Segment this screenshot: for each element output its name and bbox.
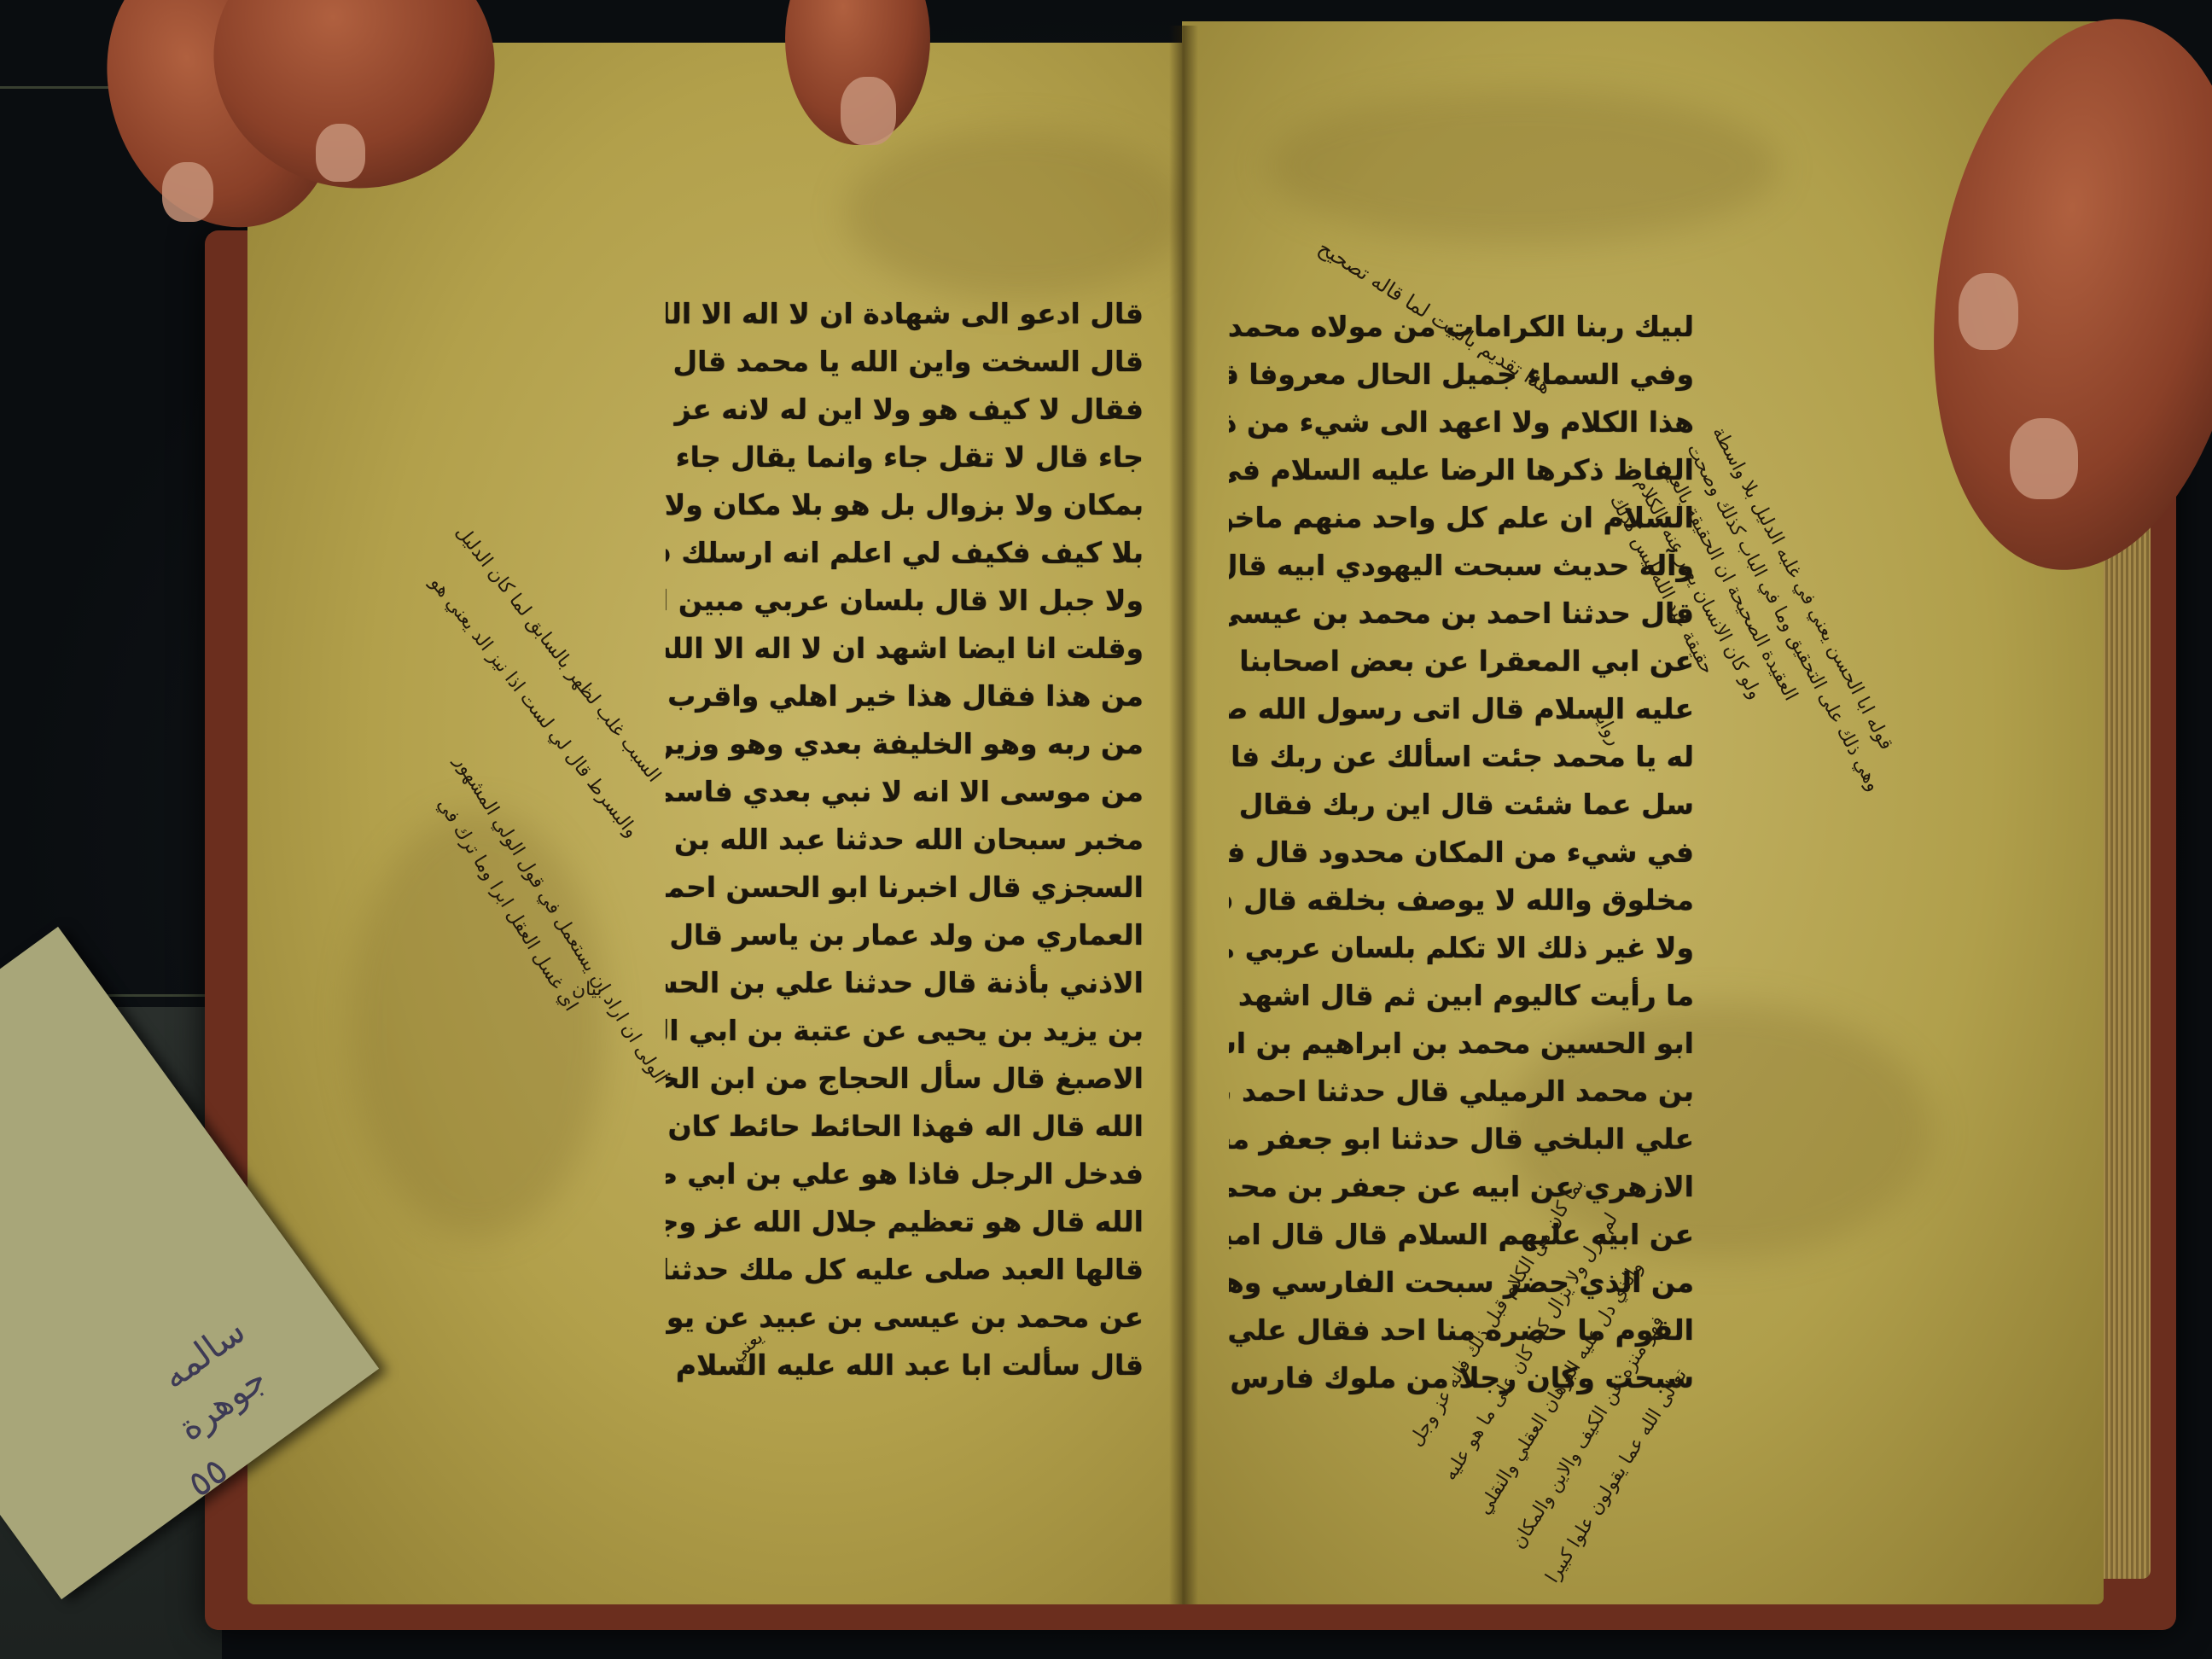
text-line: ولا غير ذلك الا تكلم بلسان عربي مبين يا … xyxy=(1229,924,1694,972)
text-line: وقلت انا ايضا اشهد ان لا اله الا الله وا… xyxy=(666,625,1144,672)
text-line: فقال لا كيف هو ولا اين له لانه عز وجل كي… xyxy=(666,386,1144,434)
text-line: ما رأيت كاليوم ابين ثم قال اشهد ان لا ال… xyxy=(1229,972,1694,1020)
text-line: العماري من ولد عمار بن ياسر قال حدثنا اب… xyxy=(666,911,1144,959)
text-line: وفي السماء جميل الحال معروفا قال الحقيقة… xyxy=(1229,351,1694,399)
text-line: وآله حديث سبحت اليهودي ابيه قال حدثنا سع… xyxy=(1229,542,1694,590)
thumbnail xyxy=(841,77,896,145)
text-line: بلا كيف فكيف لي اعلم انه ارسلك فلم يبق ب… xyxy=(666,529,1144,577)
text-line: علي البلخي قال حدثنا ابو جعفر محمد بن عل… xyxy=(1229,1115,1694,1163)
text-line: مخلوق والله لا يوصف بخلقه قال فمن يعلم ا… xyxy=(1229,876,1694,924)
text-line: قال ادعو الى شهادة ان لا اله الا الله وح… xyxy=(666,290,1144,338)
text-line: من موسى الا انه لا نبي بعدي فاسمعوا له و… xyxy=(666,768,1144,816)
text-line: لبيك ربنا الكرامات من مولاه محمد فيا احب… xyxy=(1229,303,1694,351)
text-line: فدخل الرجل فاذا هو علي بن ابي طالب عليه … xyxy=(666,1150,1144,1198)
fingernail xyxy=(2010,418,2078,499)
text-line: بن يزيد بن يحيى عن عتبة بن ابي العنبر قا… xyxy=(666,1007,1144,1055)
fingernail xyxy=(1959,273,2018,350)
left-main-text: قال ادعو الى شهادة ان لا اله الا الله وح… xyxy=(666,290,1144,1389)
text-line: عليه السلام قال اتى رسول الله صلى الله ع… xyxy=(1229,685,1694,733)
text-line: سل عما شئت قال اين ربك فقال هو في كل مكا… xyxy=(1229,781,1694,829)
text-line: الاذني بأذنة قال حدثنا علي بن الحسين الم… xyxy=(666,959,1144,1007)
text-line: مخبر سبحان الله حدثنا عبد الله بن محمد ب… xyxy=(666,816,1144,864)
text-line: الاصبغ قال سأل الحجاج من ابن الخطاب فقال… xyxy=(666,1055,1144,1103)
fingernail xyxy=(162,162,213,222)
text-line: الله قال هو تعظيم جلال الله عز وجل وتنزي… xyxy=(666,1198,1144,1246)
text-line: عن محمد بن عيسى بن عبيد عن يونس بن عبد ا… xyxy=(666,1294,1144,1342)
fingernail xyxy=(316,124,365,182)
text-line: في شيء من المكان محدود قال فكيف هو فقال … xyxy=(1229,829,1694,876)
margin-note: بيان xyxy=(572,977,602,1003)
text-line: الفاظ ذكرها الرضا عليه السلام في خطبة وه… xyxy=(1229,446,1694,494)
text-line: السجزي قال اخبرنا ابو الحسن احمد بن عبد … xyxy=(666,864,1144,911)
text-line: قالها العبد صلى عليه كل ملك حدثنا الجعفر… xyxy=(666,1246,1144,1294)
text-line: الازهري عن ابيه عن جعفر بن محمد عن ابيه … xyxy=(1229,1163,1694,1211)
text-line: من هذا فقال هذا خير اهلي واقرب الخلق مني… xyxy=(666,672,1144,720)
text-line: الله قال اله فهذا الحائط حائط كان اذا سئ… xyxy=(666,1103,1144,1150)
left-manuscript-page: قال ادعو الى شهادة ان لا اله الا الله وح… xyxy=(247,43,1186,1604)
text-line: هذا الكلام ولا اعهد الى شيء من ذلك قال م… xyxy=(1229,399,1694,446)
text-line: عن ابيه عليهم السلام قال قال امير المؤمن… xyxy=(1229,1211,1694,1259)
text-line: عن ابي المعقرا عن بعض اصحابنا عن ابي عبد… xyxy=(1229,637,1694,685)
text-line: له يا محمد جئت اسألك عن ربك فان اجبتني ع… xyxy=(1229,733,1694,781)
text-line: قال السخت واين الله يا محمد قال هو في كل… xyxy=(666,338,1144,386)
right-main-text: لبيك ربنا الكرامات من مولاه محمد فيا احب… xyxy=(1229,303,1694,1402)
text-line: بن محمد الرميلي قال حدثنا احمد بن جعفر ا… xyxy=(1229,1068,1694,1115)
text-line: ابو الحسين محمد بن ابراهيم بن اسحق الفار… xyxy=(1229,1020,1694,1068)
table-edge-line xyxy=(0,86,111,89)
text-line: من ربه وهو الخليفة بعدي وهو وزيري وخليفت… xyxy=(666,720,1144,768)
book-gutter xyxy=(1169,26,1198,1604)
text-line: بمكان ولا بزوال بل هو بلا مكان ولا زوال … xyxy=(666,481,1144,529)
text-line: ولا جبل الا قال بلسان عربي مبين اشهد ان … xyxy=(666,577,1144,625)
text-line: قال حدثنا احمد بن محمد بن عيسى وابراهيم … xyxy=(1229,590,1694,637)
text-line: جاء قال لا تقل جاء وانما يقال جاء للزائل… xyxy=(666,434,1144,481)
